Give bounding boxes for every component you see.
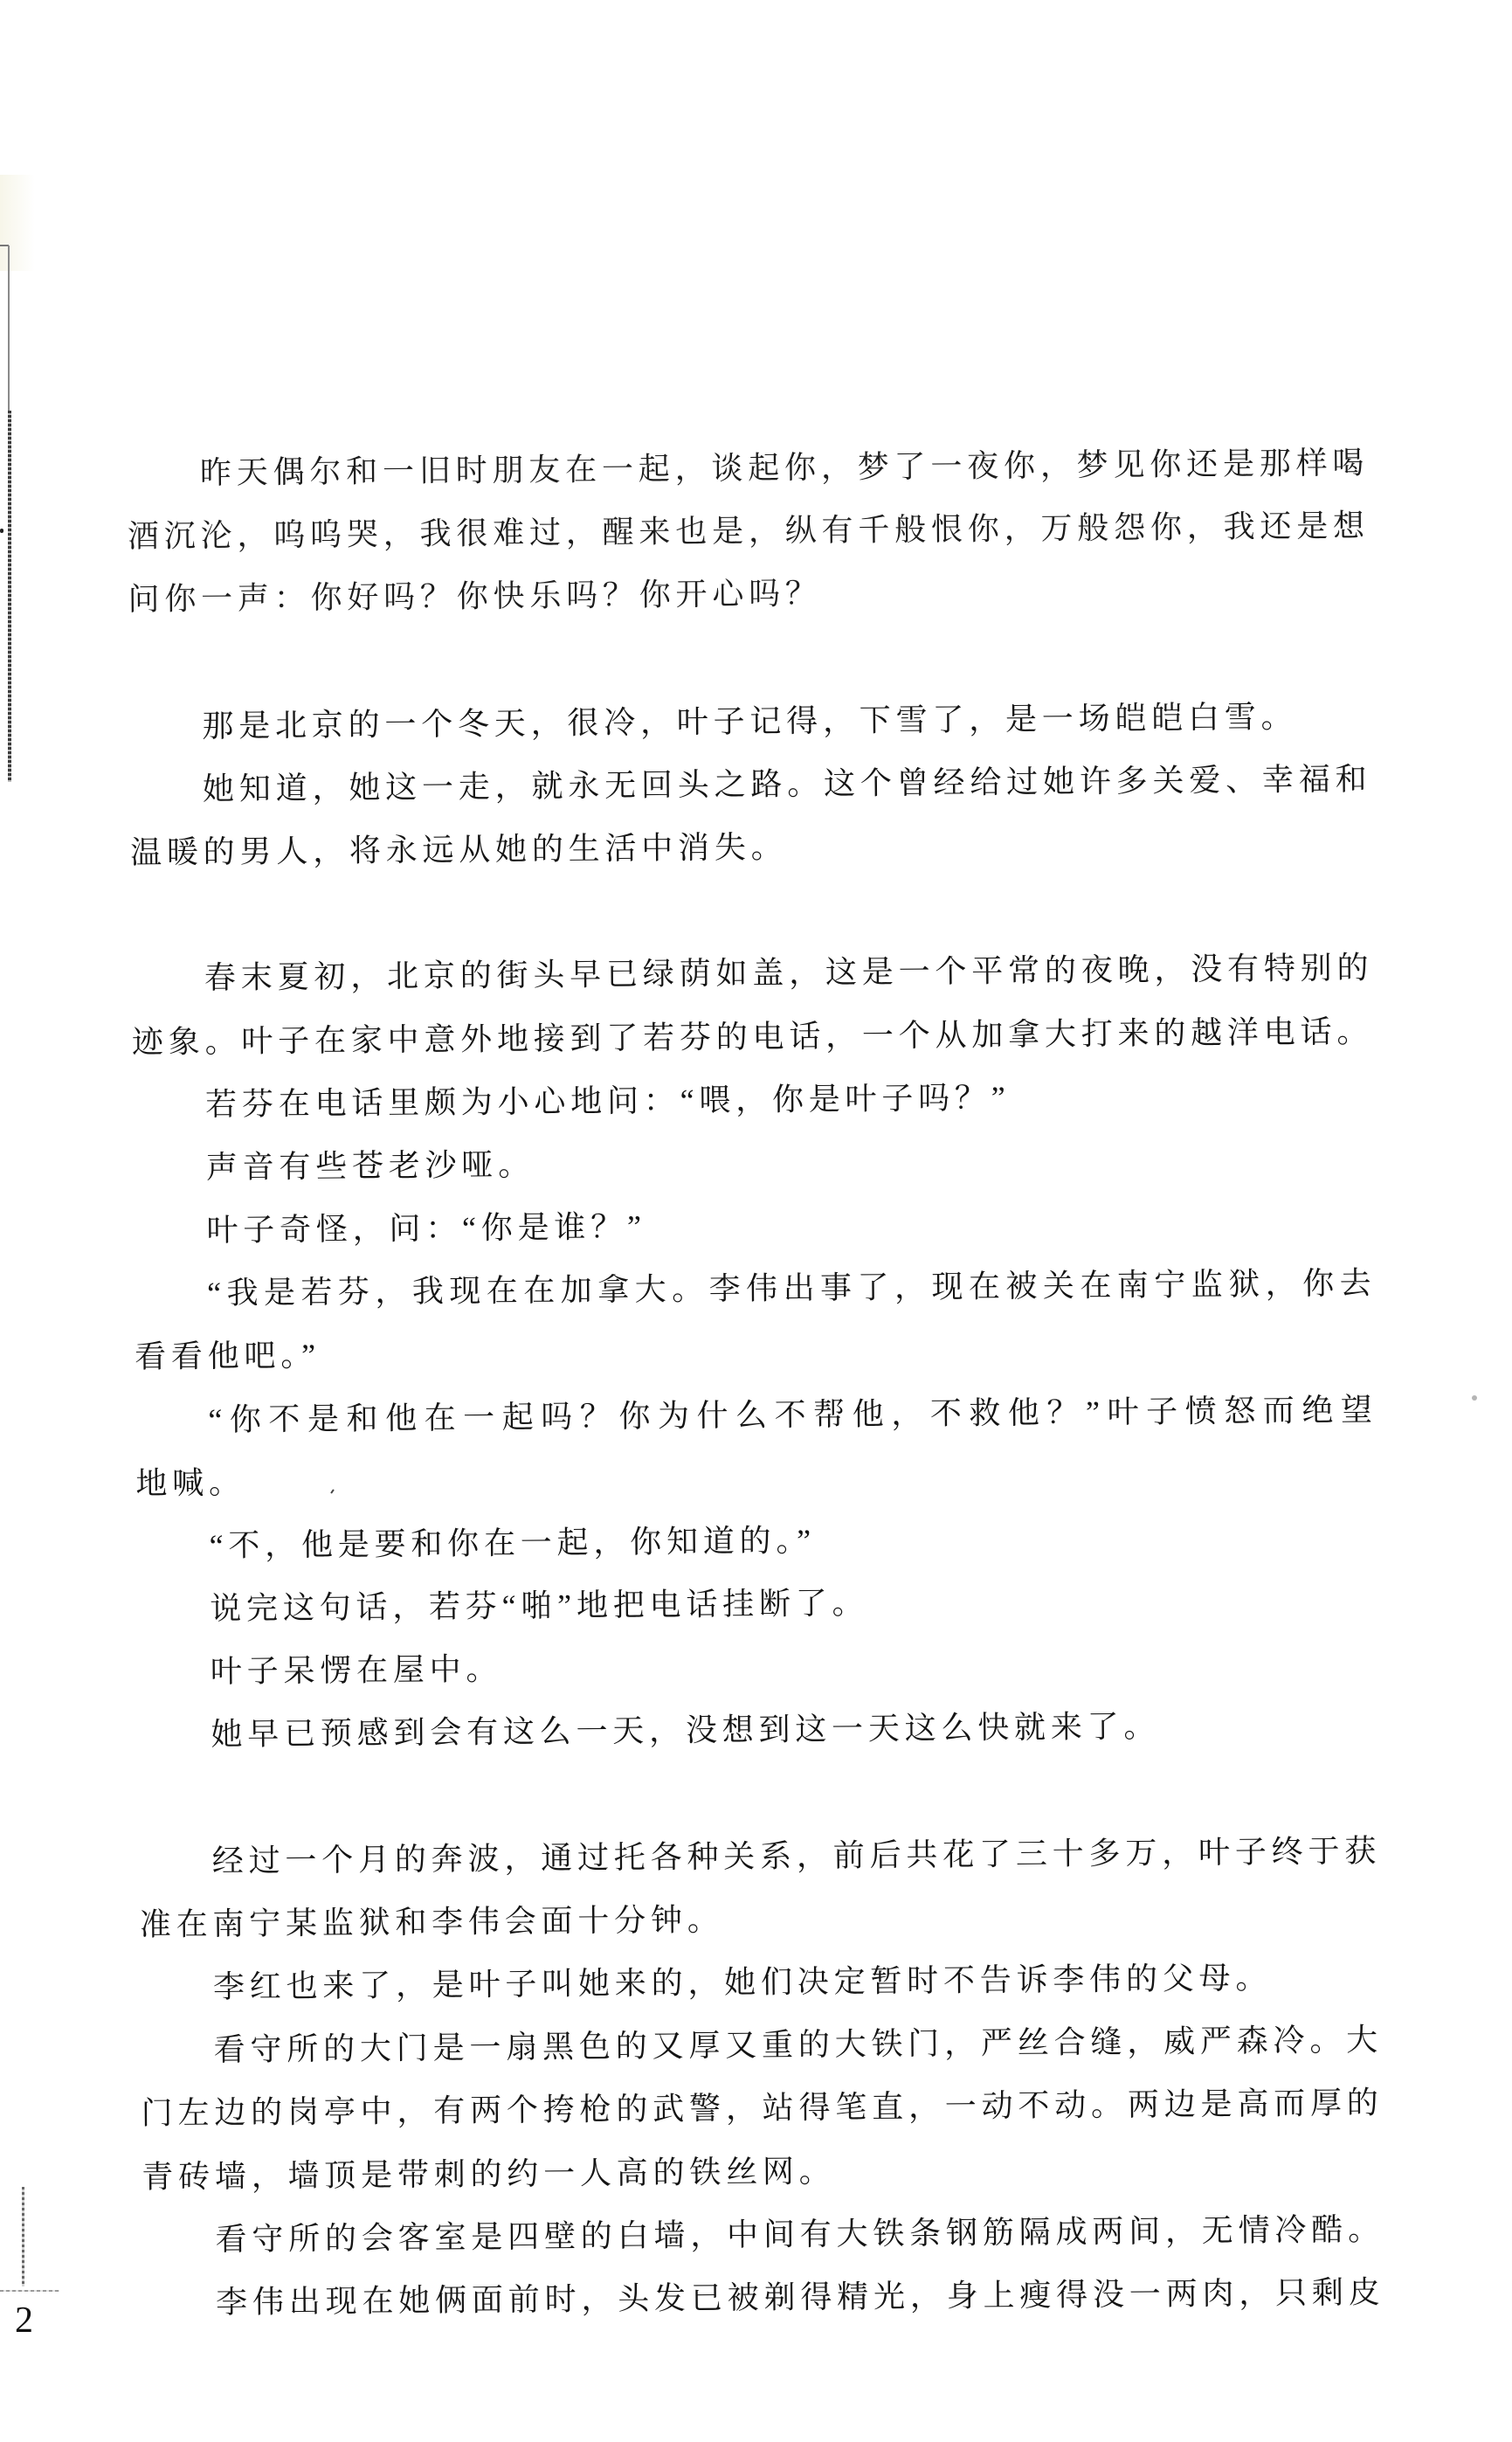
binding-edge-dots bbox=[8, 411, 11, 782]
paragraph: 昨天偶尔和一旧时朋友在一起，谈起你，梦了一夜你，梦见你还是那样喝 酒沉沦，呜呜哭… bbox=[127, 432, 1369, 443]
text-line: “不，他是要和你在一起，你知道的。” bbox=[136, 1504, 1379, 1577]
text-line: 说完这句话，若芬“啪”地把电话挂断了。 bbox=[136, 1567, 1379, 1641]
text-line: 叶子奇怪，问：“你是谁？” bbox=[134, 1189, 1377, 1263]
text-line: 迹象。叶子在家中意外地接到了若芬的电话，一个从加拿大打来的越洋电话。 bbox=[132, 1000, 1375, 1073]
text-line: 昨天偶尔和一旧时朋友在一起，谈起你，梦了一夜你，梦见你还是那样喝 bbox=[127, 432, 1370, 506]
letter-excerpt-section: 昨天偶尔和一旧时朋友在一起，谈起你，梦了一夜你，梦见你还是那样喝 酒沉沦，呜呜哭… bbox=[127, 432, 1369, 443]
scan-speck bbox=[0, 529, 3, 533]
scan-speck bbox=[1472, 1395, 1477, 1401]
text-line: 她早已预感到会有这么一天，没想到这一天这么快就来了。 bbox=[138, 1693, 1381, 1767]
text-line: 看看他吧。” bbox=[135, 1315, 1377, 1388]
text-line: 酒沉沦，呜呜哭，我很难过，醒来也是，纵有千般恨你，万般怨你，我还是想 bbox=[128, 495, 1370, 569]
text-line: “你不是和他在一起吗？你为什么不帮他，不救他？”叶子愤怒而绝望 bbox=[135, 1378, 1377, 1451]
text-line: 温暖的男人，将永远从她的生活中消失。 bbox=[130, 811, 1373, 884]
text-line: 春末夏初，北京的街头早已绿荫如盖，这是一个平常的夜晚，没有特别的 bbox=[131, 937, 1374, 1010]
text-line: 青砖墙，墙顶是带刺的约一人高的铁丝网。 bbox=[142, 2134, 1384, 2208]
text-line: 李伟出现在她俩面前时，头发已被剃得精光，身上瘦得没一两肉，只剩皮 bbox=[142, 2260, 1385, 2334]
text-line: 看守所的会客室是四壁的白墙，中间有大铁条钢筋隔成两间，无情冷酷。 bbox=[142, 2197, 1385, 2271]
text-line: 声音有些苍老沙哑。 bbox=[133, 1125, 1376, 1199]
crop-mark-vertical bbox=[22, 2187, 24, 2286]
text-line: 经过一个月的奔波，通过托各种关系，前后共花了三十多万，叶子终于获 bbox=[139, 1819, 1382, 1892]
text-line: 准在南宁某监狱和李伟会面十分钟。 bbox=[139, 1882, 1382, 1955]
scan-tint bbox=[0, 175, 35, 271]
text-line: 地喊。 bbox=[135, 1441, 1378, 1514]
text-line: 若芬在电话里颇为小心地问：“喂，你是叶子吗？” bbox=[132, 1062, 1375, 1136]
text-line: 李红也来了，是叶子叫她来的，她们决定暂时不告诉李伟的父母。 bbox=[140, 1946, 1383, 2019]
page-body: 昨天偶尔和一旧时朋友在一起，谈起你，梦了一夜你，梦见你还是那样喝 酒沉沦，呜呜哭… bbox=[127, 432, 1385, 2330]
text-line: 她知道，她这一走，就永无回头之路。这个曾经给过她许多关爱、幸福和 bbox=[129, 747, 1372, 820]
page-number: 2 bbox=[15, 2302, 33, 2339]
crop-mark-horizontal bbox=[0, 2290, 59, 2292]
text-line: 叶子呆愣在屋中。 bbox=[137, 1630, 1380, 1704]
text-line: 看守所的大门是一扇黑色的又厚又重的大铁门，严丝合缝，威严森冷。大 bbox=[141, 2009, 1384, 2082]
binding-edge-line bbox=[8, 246, 10, 412]
text-line: 门左边的岗亭中，有两个挎枪的武警，站得笔直，一动不动。两边是高而厚的 bbox=[141, 2072, 1384, 2145]
text-line: 那是北京的一个冬天，很冷，叶子记得，下雪了，是一场皑皑白雪。 bbox=[129, 684, 1372, 758]
text-line: 问你一声：你好吗？你快乐吗？你开心吗？ bbox=[128, 558, 1370, 632]
text-line: “我是若芬，我现在在加拿大。李伟出事了，现在被关在南宁监狱，你去 bbox=[134, 1252, 1377, 1325]
